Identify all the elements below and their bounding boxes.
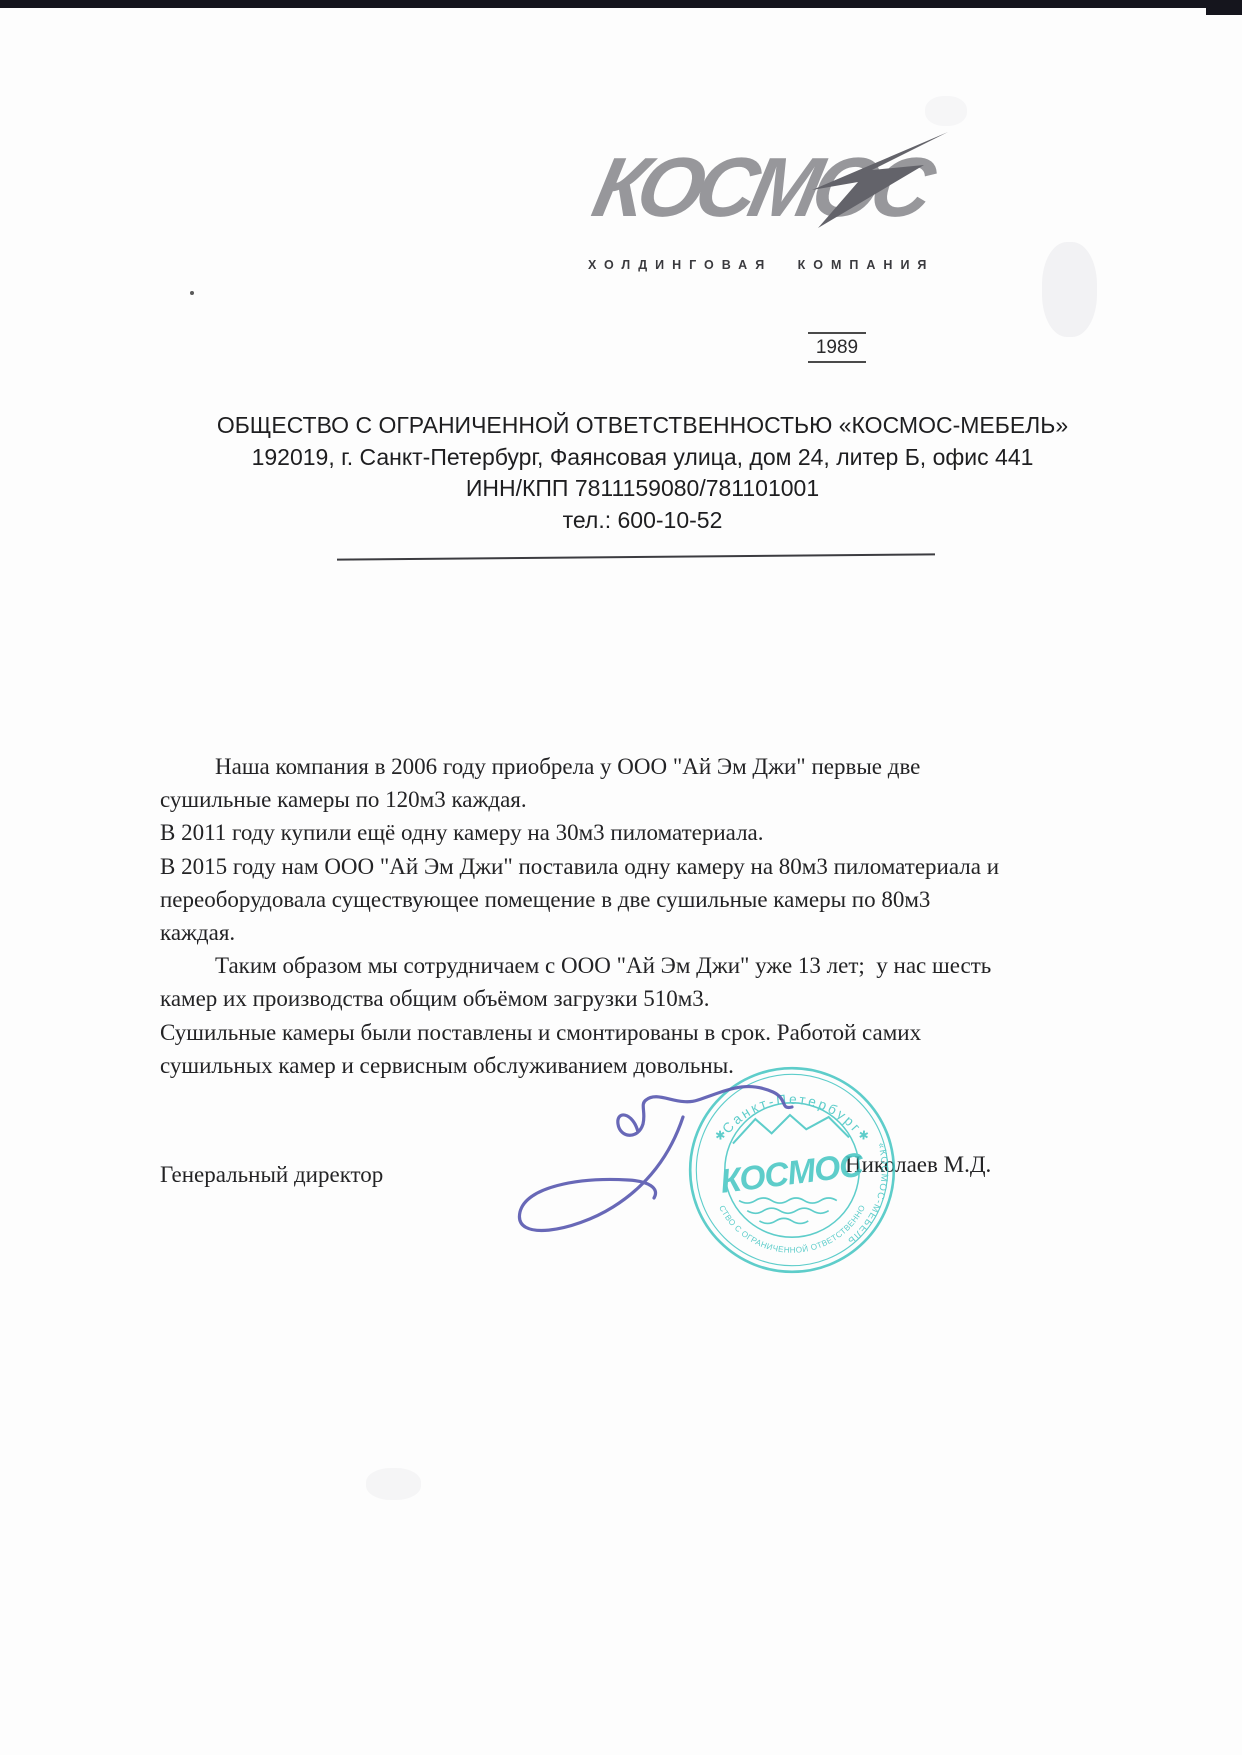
founded-year-badge: 1989	[808, 332, 866, 363]
letter-body: Наша компания в 2006 году приобрела у ОО…	[160, 750, 1005, 1082]
kosmos-logo-text: КОСМОС	[586, 140, 945, 234]
letterhead-org-block: ОБЩЕСТВО С ОГРАНИЧЕННОЙ ОТВЕТСТВЕННОСТЬЮ…	[150, 410, 1135, 536]
body-line: переоборудовала существующее помещение в…	[160, 883, 1005, 916]
body-line: камер их производства общим объёмом загр…	[160, 982, 1005, 1015]
org-address: 192019, г. Санкт-Петербург, Фаянсовая ул…	[150, 442, 1135, 474]
body-line: В 2011 году купили ещё одну камеру на 30…	[160, 816, 1005, 849]
body-line: В 2015 году нам ООО "Ай Эм Джи" поставил…	[160, 850, 1005, 883]
body-line: сушильные камеры по 120м3 каждая.	[160, 783, 1005, 816]
org-name: ОБЩЕСТВО С ОГРАНИЧЕННОЙ ОТВЕТСТВЕННОСТЬЮ…	[150, 410, 1135, 442]
signature-flourish-stroke	[618, 1087, 792, 1136]
body-line: каждая.	[160, 916, 1005, 949]
signature-loop-stroke	[519, 1117, 683, 1231]
kosmos-logo: КОСМОС	[580, 128, 950, 243]
scan-edge-corner	[1206, 0, 1242, 15]
body-line: Таким образом мы сотрудничаем с ООО "Ай …	[160, 949, 1005, 982]
body-line: Наша компания в 2006 году приобрела у ОО…	[160, 750, 1005, 783]
scan-smudge	[1042, 242, 1097, 337]
scan-edge-bar	[0, 0, 1242, 8]
signer-title: Генеральный директор	[160, 1162, 383, 1188]
body-line: Сушильные камеры были поставлены и смонт…	[160, 1016, 1005, 1049]
scan-dot-artifact	[190, 291, 194, 295]
scan-smudge	[366, 1468, 421, 1500]
org-inn-kpp: ИНН/КПП 7811159080/781101001	[150, 473, 1135, 505]
scan-smudge	[925, 96, 967, 126]
org-phone: тел.: 600-10-52	[150, 505, 1135, 537]
holding-company-tagline: ХОЛДИНГОВАЯ КОМПАНИЯ	[588, 258, 918, 272]
scanned-letter-page: КОСМОС ХОЛДИНГОВАЯ КОМПАНИЯ 1989 ОБЩЕСТВ…	[0, 0, 1242, 1755]
letterhead-divider	[337, 553, 935, 560]
handwritten-signature	[488, 1062, 818, 1247]
